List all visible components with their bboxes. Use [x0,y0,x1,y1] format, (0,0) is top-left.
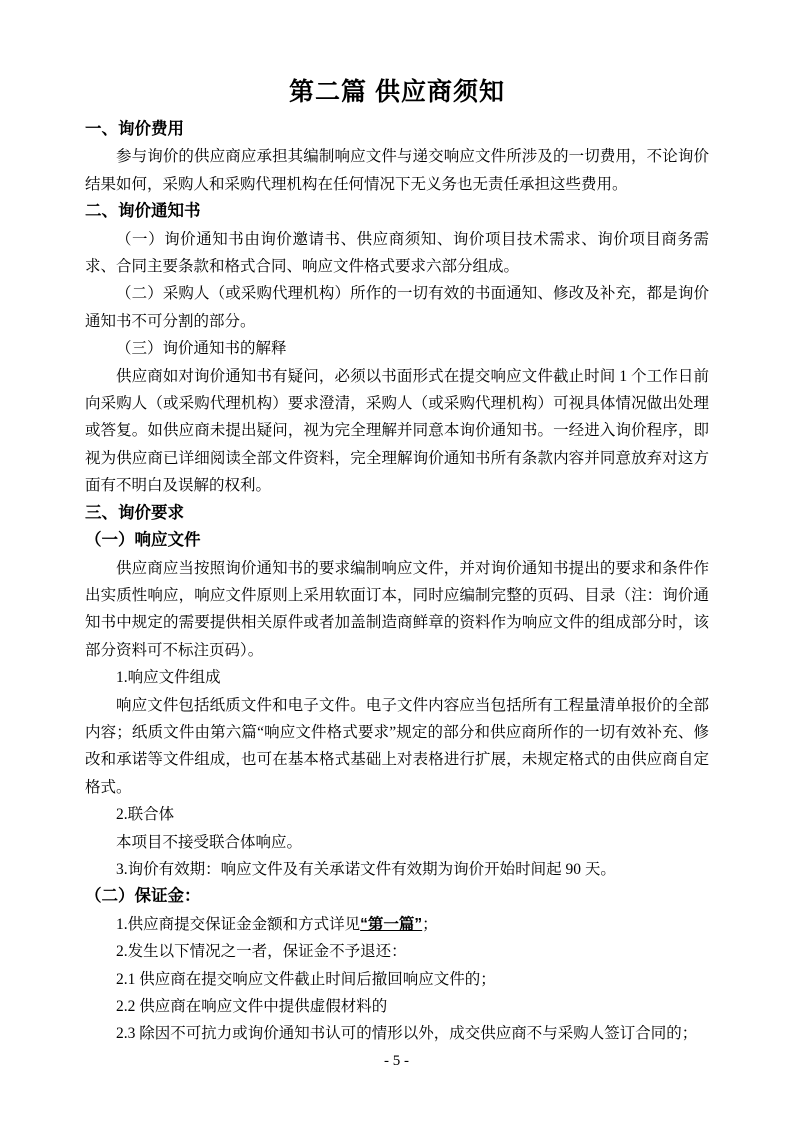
section-heading-inquiry-fee: 一、询价费用 [85,116,709,143]
section-heading-inquiry-require: 三、询价要求 [85,500,709,527]
paragraph: 2.2 供应商在响应文件中提供虚假材料的 [85,993,709,1020]
paragraph: 响应文件包括纸质文件和电子文件。电子文件内容应当包括所有工程量清单报价的全部内容… [85,692,709,802]
paragraph: 参与询价的供应商应承担其编制响应文件与递交响应文件所涉及的一切费用，不论询价结果… [85,143,709,198]
paragraph: 3.询价有效期：响应文件及有关承诺文件有效期为询价开始时间起 90 天。 [85,856,709,883]
paragraph-text: ； [422,916,438,933]
paragraph: 1.响应文件组成 [85,664,709,691]
section-heading-inquiry-notice: 二、询价通知书 [85,198,709,225]
paragraph: （三）询价通知书的解释 [85,335,709,362]
paragraph: 2.联合体 [85,801,709,828]
paragraph: 2.发生以下情况之一者，保证金不予退还： [85,938,709,965]
document-page: 第二篇 供应商须知 一、询价费用 参与询价的供应商应承担其编制响应文件与递交响应… [0,0,793,1122]
paragraph: 供应商应当按照询价通知书的要求编制响应文件，并对询价通知书提出的要求和条件作出实… [85,555,709,665]
document-title: 第二篇 供应商须知 [85,76,709,108]
paragraph: 2.3 除因不可抗力或询价通知书认可的情形以外，成交供应商不与采购人签订合同的； [85,1020,709,1047]
document-body: 一、询价费用 参与询价的供应商应承担其编制响应文件与递交响应文件所涉及的一切费用… [85,116,709,1048]
paragraph-deposit-ref: 1.供应商提交保证金金额和方式详见“第一篇”； [85,911,709,938]
paragraph: （一）询价通知书由询价邀请书、供应商须知、询价项目技术需求、询价项目商务需求、合… [85,226,709,281]
paragraph: 供应商如对询价通知书有疑问，必须以书面形式在提交响应文件截止时间 1 个工作日前… [85,363,709,500]
paragraph: 本项目不接受联合体响应。 [85,829,709,856]
paragraph-text: 1.供应商提交保证金金额和方式详见 [116,916,360,933]
page-number: - 5 - [0,1053,793,1070]
paragraph: （二）采购人（或采购代理机构）所作的一切有效的书面通知、修改及补充，都是询价通知… [85,280,709,335]
ref-first-chapter: “第一篇” [360,916,422,933]
sub-heading-response-document: （一）响应文件 [85,527,709,554]
sub-heading-deposit: （二）保证金： [85,883,709,910]
paragraph: 2.1 供应商在提交响应文件截止时间后撤回响应文件的； [85,966,709,993]
